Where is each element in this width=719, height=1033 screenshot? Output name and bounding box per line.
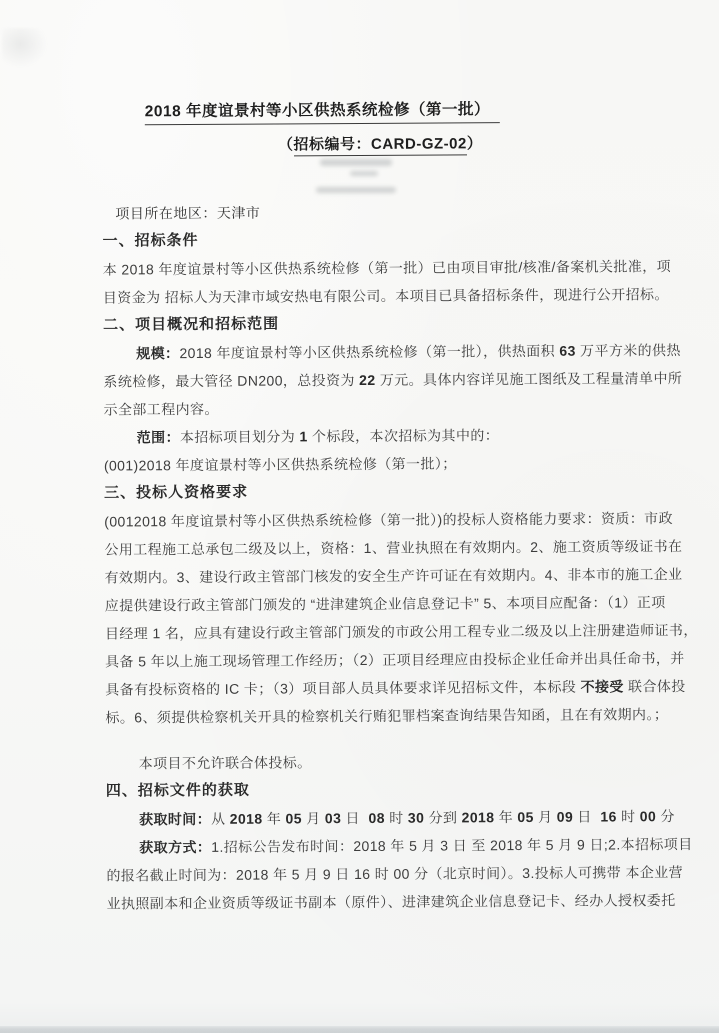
text-line: 本 2018 年度谊景村等小区供热系统检修（第一批）已由项目审批/核准/备案机关… <box>103 252 663 283</box>
text-segment: 目资金为 招标人为天津市域安热电有限公司。本项目已具备招标条件，现进行公开招标。 <box>103 286 669 305</box>
text-line: 本项目不允许联合体投标。 <box>106 746 666 777</box>
text-segment: 05 <box>285 810 301 826</box>
text-segment: 联合体投 <box>624 678 686 694</box>
text-segment: 从 <box>211 811 230 827</box>
text-line: 范围：本招标项目划分为 1 个标段，本次招标为其中的： <box>104 420 664 451</box>
text-line: (0012018 年度谊景村等小区供热系统检修（第一批）)的投标人资格能力要求：… <box>104 504 664 535</box>
tender-number: 招标编号：CARD-GZ-02 <box>293 135 466 156</box>
title-row: 2018 年度谊景村等小区供热系统检修（第一批） <box>0 0 717 126</box>
text-segment: 不接受 <box>580 678 623 694</box>
scanned-page: 2018 年度谊景村等小区供热系统检修（第一批） （招标编号：CARD-GZ-0… <box>0 0 719 1033</box>
text-line: 应提供建设行政主管部门颁发的 “进津建筑企业信息登记卡” 5、本项目应配备：（1… <box>105 588 665 619</box>
text-segment: 业执照副本和企业资质等级证书副本（原件）、进津建筑企业信息登记卡、经办人授权委托 <box>107 892 676 911</box>
text-line: 示全部工程内容。 <box>103 392 663 423</box>
paren-open: （ <box>278 136 294 153</box>
text-segment: 获取方式： <box>139 839 211 855</box>
text-line: 标。6、须提供检察机关开具的检察机关行贿犯罪档案查询结果告知函，且在有效期内。； <box>105 700 665 731</box>
text-segment: 标。6、须提供检察机关开具的检察机关行贿犯罪档案查询结果告知函，且在有效期内。； <box>105 706 668 725</box>
text-segment: 获取时间： <box>139 811 211 827</box>
text-segment: 目经理 1 名，应具有建设行政主管部门颁发的市政公用工程专业二级及以上注册建造师… <box>105 622 698 642</box>
text-segment: 63 <box>559 343 575 359</box>
text-line: 目经理 1 名，应具有建设行政主管部门颁发的市政公用工程专业二级及以上注册建造师… <box>105 616 665 647</box>
text-segment: 03 <box>325 810 341 826</box>
text-segment: 万平方米的供热 <box>576 342 681 359</box>
text-segment: 22 <box>359 372 375 388</box>
text-segment: 日 <box>573 809 600 825</box>
document-content: 2018 年度谊景村等小区供热系统检修（第一批） （招标编号：CARD-GZ-0… <box>0 0 719 1033</box>
scan-smudge <box>320 159 392 166</box>
section-heading-1: 一、招标条件 <box>102 224 662 255</box>
scan-smudge <box>350 171 378 176</box>
scanner-edge <box>0 1026 719 1033</box>
text-segment: 四、招标文件的获取 <box>106 782 250 800</box>
text-line: 具备有投标资格的 IC 卡；（3）项目部人员具体要求详见招标文件，本标段 不接受… <box>105 672 665 703</box>
scan-smudge <box>316 187 396 193</box>
text-segment: 月 <box>302 810 325 826</box>
text-segment: (001)2018 年度谊景村等小区供热系统检修（第一批）； <box>104 455 457 473</box>
text-line: 获取方式：1.招标公告发布时间：2018 年 5 月 3 日 至 2018 年 … <box>106 830 666 861</box>
text-segment: 年 <box>262 810 285 826</box>
text-segment: 规模： <box>136 345 179 361</box>
text-line: 有效期内。3、建设行政主管部门核发的安全生产许可证在有效期内。4、非本市的施工企… <box>105 560 665 591</box>
text-segment: 范围： <box>137 429 180 445</box>
text-line: 规模：2018 年度谊景村等小区供热系统检修（第一批），供热面积 63 万平方米… <box>103 336 663 367</box>
text-segment: 个标段，本次招标为其中的： <box>308 427 500 444</box>
text-segment: 1 <box>299 428 307 444</box>
text-segment: 08 <box>368 810 384 826</box>
text-line: (001)2018 年度谊景村等小区供热系统检修（第一批）； <box>104 448 664 479</box>
text-segment: 2018 <box>230 811 263 827</box>
project-location-line: 项目所在地区：天津市 <box>115 196 717 228</box>
text-segment: 有效期内。3、建设行政主管部门核发的安全生产许可证在有效期内。4、非本市的施工企… <box>105 566 683 586</box>
text-segment: 本项目不允许联合体投标。 <box>139 754 312 771</box>
text-segment: 09 <box>557 809 573 825</box>
text-line: 公用工程施工总承包二级及以上，资格：1、营业执照在有效期内。2、施工资质等级证书… <box>104 532 664 563</box>
text-segment: 系统检修，最大管径 DN200，总投资为 <box>103 372 359 390</box>
text-segment: 时 <box>385 810 408 826</box>
text-segment: 万元。具体内容详见施工图纸及工程量清单中所 <box>375 370 682 388</box>
text-segment: 2018 年度谊景村等小区供热系统检修（第一批），供热面积 <box>179 343 559 361</box>
text-line: 系统检修，最大管径 DN200，总投资为 22 万元。具体内容详见施工图纸及工程… <box>103 364 663 395</box>
text-segment: 本招标项目划分为 <box>180 428 300 445</box>
tender-number-line: （招标编号：CARD-GZ-02） <box>278 131 717 155</box>
text-segment: 公用工程施工总承包二级及以上，资格：1、营业执照在有效期内。2、施工资质等级证书… <box>104 538 682 558</box>
text-line: 业执照副本和企业资质等级证书副本（原件）、进津建筑企业信息登记卡、经办人授权委托 <box>106 886 666 917</box>
text-segment: 年 <box>494 809 517 825</box>
text-segment: 1.招标公告发布时间：2018 年 5 月 3 日 至 2018 年 5 月 9… <box>211 836 692 855</box>
document-body: 一、招标条件本 2018 年度谊景村等小区供热系统检修（第一批）已由项目审批/核… <box>102 224 666 917</box>
text-line: 获取时间：从 2018 年 05 月 03 日 08 时 30 分到 2018 … <box>106 802 666 833</box>
text-segment: 30 <box>408 810 424 826</box>
section-heading-4: 四、招标文件的获取 <box>106 774 666 805</box>
text-line: 的报名截止时间为：2018 年 5 月 9 日 16 时 00 分（北京时间）。… <box>106 858 666 889</box>
text-segment: 一、招标条件 <box>102 232 198 250</box>
text-segment: 日 <box>341 810 368 826</box>
text-segment: 三、投标人资格要求 <box>104 484 248 502</box>
text-segment: 示全部工程内容。 <box>104 401 219 418</box>
text-segment: 时 <box>617 808 640 824</box>
text-segment: 二、项目概况和招标范围 <box>103 315 279 333</box>
text-segment: (0012018 年度谊景村等小区供热系统检修（第一批）)的投标人资格能力要求：… <box>104 510 673 529</box>
text-segment: 00 <box>640 808 656 824</box>
paren-close: ） <box>467 135 483 152</box>
section-heading-3: 三、投标人资格要求 <box>104 476 664 507</box>
document-title: 2018 年度谊景村等小区供热系统检修（第一批） <box>145 97 500 125</box>
text-segment: 2018 <box>462 809 495 825</box>
section-heading-2: 二、项目概况和招标范围 <box>103 308 663 339</box>
text-segment: 月 <box>534 809 557 825</box>
text-segment: 具备有投标资格的 IC 卡；（3）项目部人员具体要求详见招标文件，本标段 <box>105 679 580 698</box>
text-segment: 应提供建设行政主管部门颁发的 “进津建筑企业信息登记卡” 5、本项目应配备：（1… <box>105 594 666 613</box>
text-segment: 16 <box>600 808 616 824</box>
text-line: 目资金为 招标人为天津市域安热电有限公司。本项目已具备招标条件，现进行公开招标。 <box>103 280 663 311</box>
text-segment: 分到 <box>424 809 461 825</box>
text-line: 具备 5 年以上施工现场管理工作经历；（2）正项目经理应由投标企业任命并出具任命… <box>105 644 665 675</box>
text-segment: 分 <box>656 808 675 824</box>
text-segment: 本 2018 年度谊景村等小区供热系统检修（第一批）已由项目审批/核准/备案机关… <box>103 258 671 277</box>
text-segment: 具备 5 年以上施工现场管理工作经历；（2）正项目经理应由投标企业任命并出具任命… <box>105 650 685 670</box>
text-segment: 05 <box>517 809 533 825</box>
text-segment: 的报名截止时间为：2018 年 5 月 9 日 16 时 00 分（北京时间）。… <box>106 864 683 884</box>
